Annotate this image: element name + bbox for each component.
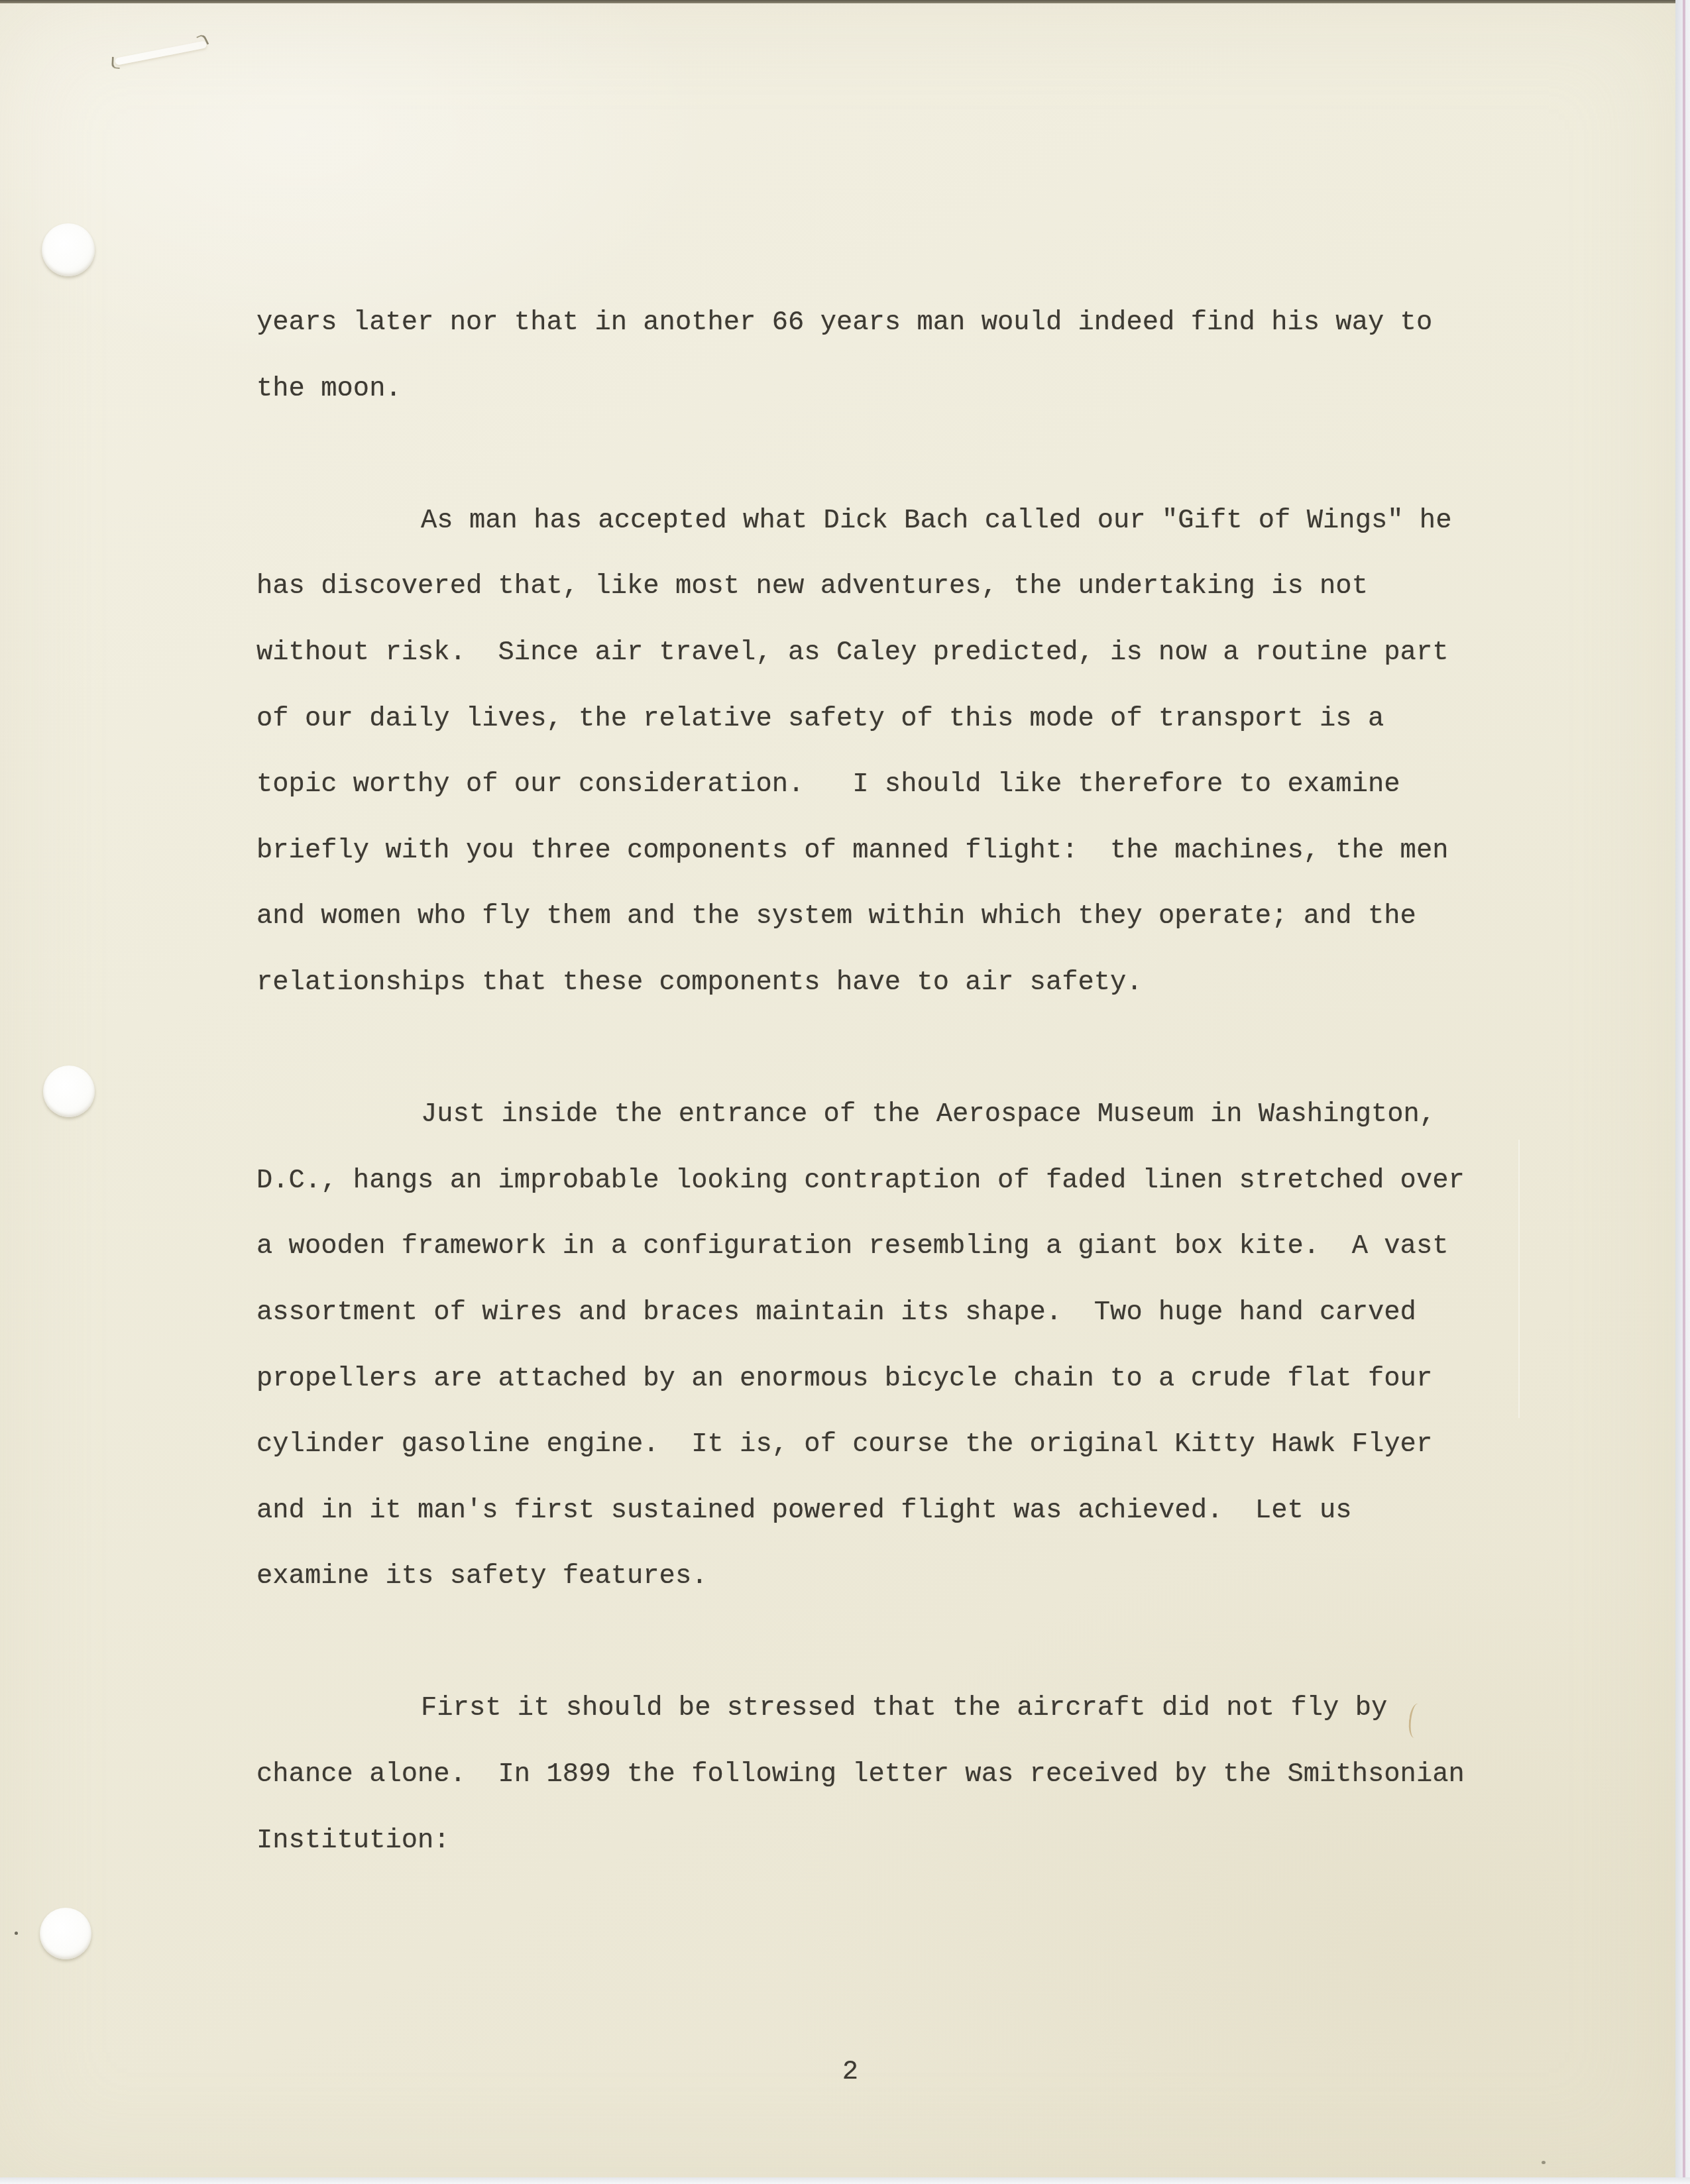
text-line: briefly with you three components of man… <box>256 818 1529 885</box>
text-line: As man has accepted what Dick Bach calle… <box>256 488 1529 555</box>
text-line: of our daily lives, the relative safety … <box>256 686 1529 753</box>
scan-top-edge <box>0 0 1679 3</box>
blank-line <box>256 422 1529 488</box>
text-line: cylinder gasoline engine. It is, of cour… <box>256 1412 1529 1478</box>
text-line: examine its safety features. <box>256 1544 1529 1610</box>
hole-punch-middle <box>43 1065 95 1117</box>
text-lines: years later nor that in another 66 years… <box>256 290 1529 1874</box>
staple-mark <box>109 32 211 74</box>
staple-streak <box>115 40 207 66</box>
paper-speck <box>15 1932 18 1935</box>
text-line: has discovered that, like most new adven… <box>256 554 1529 620</box>
text-line: without risk. Since air travel, as Caley… <box>256 620 1529 686</box>
blank-line <box>256 1016 1529 1083</box>
text-line: a wooden framework in a configuration re… <box>256 1214 1529 1280</box>
paper-speck <box>1542 2161 1546 2164</box>
text-line: Just inside the entrance of the Aerospac… <box>256 1082 1529 1148</box>
text-line: and women who fly them and the system wi… <box>256 884 1529 950</box>
text-line: D.C., hangs an improbable looking contra… <box>256 1148 1529 1215</box>
text-line: propellers are attached by an enormous b… <box>256 1346 1529 1413</box>
paper-page: years later nor that in another 66 years… <box>0 3 1677 2180</box>
blank-line <box>256 1610 1529 1676</box>
page-number: 2 <box>824 2040 877 2106</box>
text-line: First it should be stressed that the air… <box>256 1676 1529 1742</box>
scan-bottom-strip <box>0 2177 1690 2184</box>
text-line: and in it man's first sustained powered … <box>256 1478 1529 1545</box>
text-line: years later nor that in another 66 years… <box>256 290 1529 356</box>
staple-prong-left <box>111 56 121 69</box>
hole-punch-bottom <box>40 1908 91 1959</box>
hole-punch-top <box>42 223 95 276</box>
typewritten-text-block: years later nor that in another 66 years… <box>256 290 1529 1874</box>
text-line: the moon. <box>256 356 1529 423</box>
text-line: relationships that these components have… <box>256 950 1529 1016</box>
text-line: assortment of wires and braces maintain … <box>256 1280 1529 1346</box>
text-line: topic worthy of our consideration. I sho… <box>256 752 1529 818</box>
text-line: chance alone. In 1899 the following lett… <box>256 1742 1529 1808</box>
text-line: Institution: <box>256 1808 1529 1875</box>
binder-pink-line <box>1683 0 1685 2184</box>
